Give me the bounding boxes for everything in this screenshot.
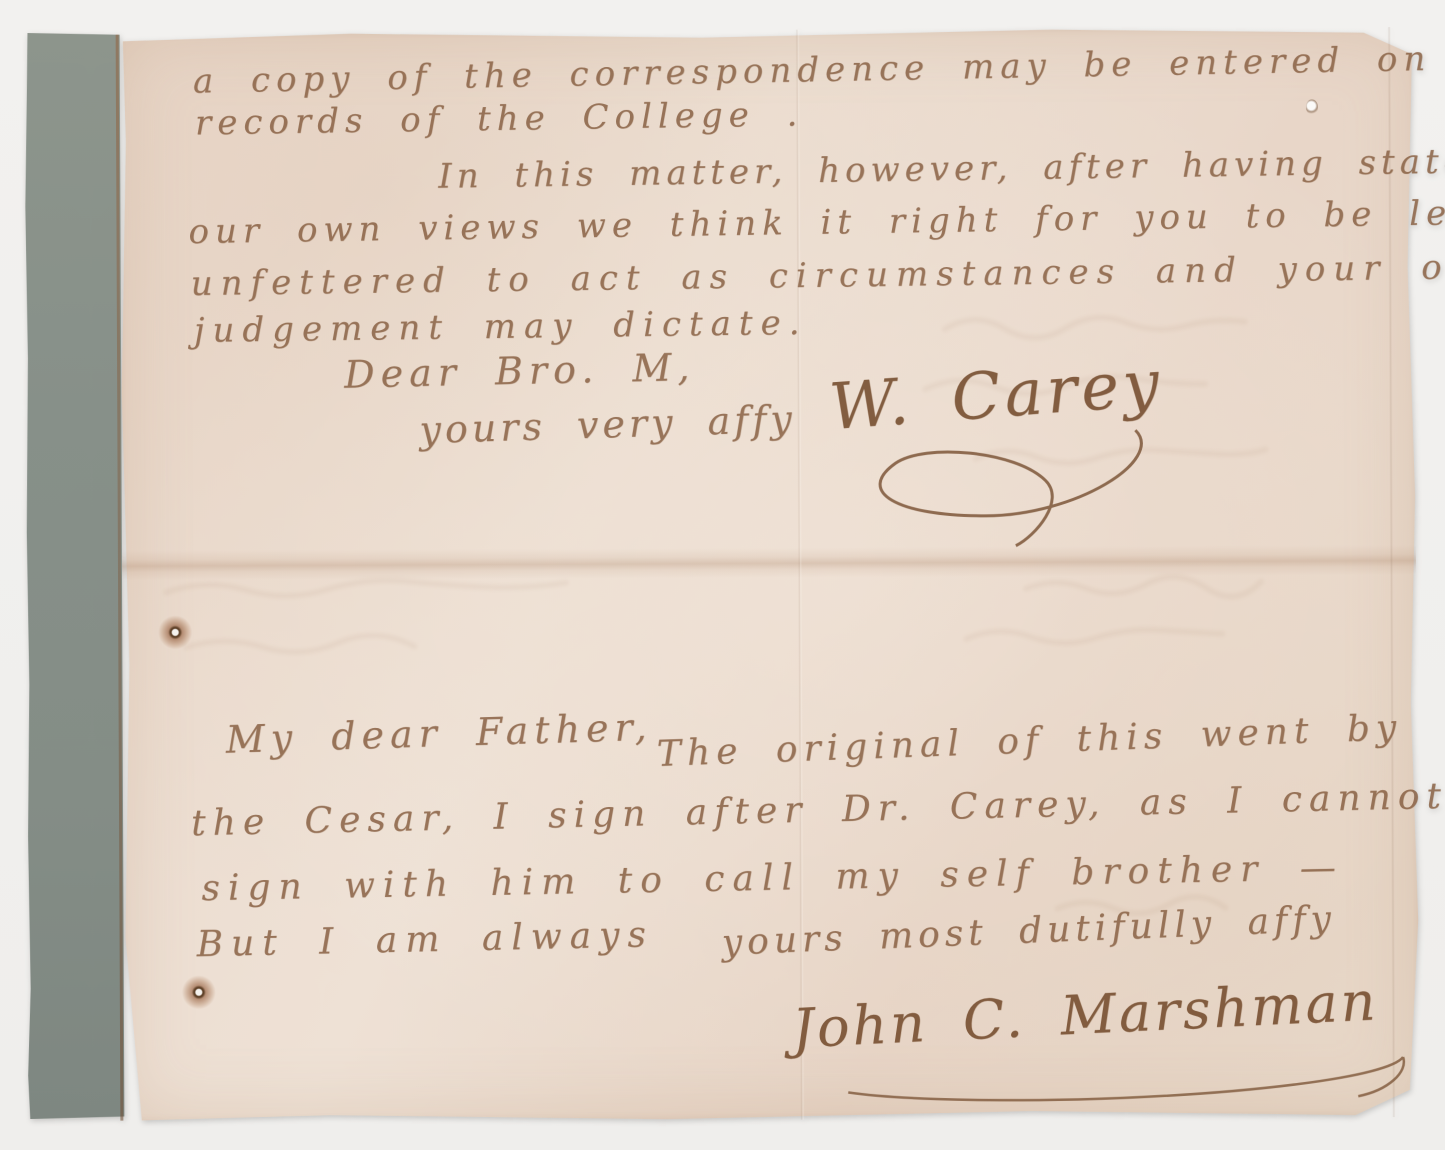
rust-pinhole-lower: [182, 975, 216, 1009]
marshman-signature-flourish: [828, 1052, 1418, 1115]
paper-hole: [1306, 99, 1318, 115]
rust-pinhole-upper: [158, 615, 192, 649]
letter-scan: a copy of the correspondence may be ente…: [0, 0, 1445, 1150]
upper-body-line: judgement may dictate.: [194, 303, 808, 351]
letter-sheet: a copy of the correspondence may be ente…: [24, 27, 1421, 1123]
carey-signature-flourish: [835, 420, 1176, 551]
upper-salutation: Dear Bro. M,: [344, 345, 696, 397]
